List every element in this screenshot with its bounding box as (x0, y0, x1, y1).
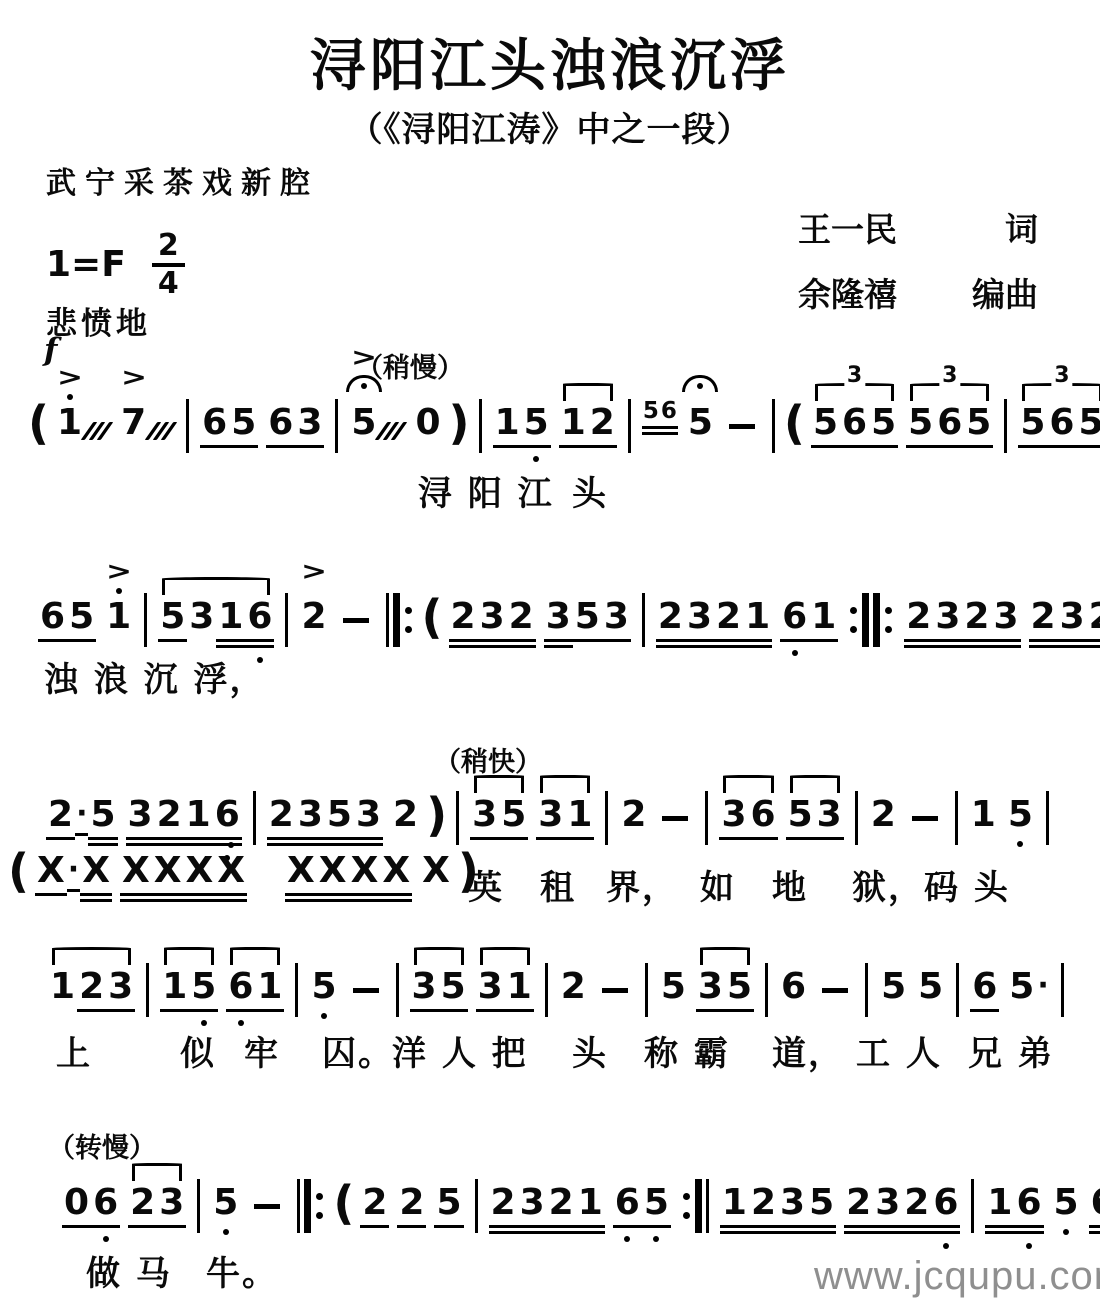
barline-stroke (628, 399, 631, 453)
note-group: 15 (493, 405, 551, 448)
note: 5 (1006, 797, 1035, 840)
note: 1 (505, 969, 534, 1012)
note: 5 (88, 797, 117, 840)
note: 3 (536, 797, 565, 840)
barline-stroke (545, 963, 548, 1017)
octave-dot-below (201, 1020, 207, 1026)
note: 5 (522, 405, 551, 448)
duration-dash (254, 1204, 280, 1209)
note: 3 (410, 969, 439, 1012)
note-group: 63 (266, 405, 324, 448)
note-group: 123 (48, 969, 135, 1012)
note: 3 (991, 599, 1020, 642)
slur-arc (790, 775, 840, 793)
lyric-text: 洋 人 把 (392, 1026, 528, 1075)
octave-dot-below (103, 1236, 109, 1242)
barline-stroke (1046, 791, 1049, 845)
note: 2 (128, 1185, 157, 1228)
slur-arc (162, 577, 270, 595)
barline-stroke (956, 963, 959, 1017)
lyric-text: 牛。 (206, 1246, 278, 1295)
octave-dot-below (624, 1236, 630, 1242)
note: 6 (779, 969, 808, 1012)
note: 5 (807, 1185, 836, 1228)
lyric-text: 牢 (244, 1026, 280, 1075)
barline (954, 963, 961, 1017)
note-group: 36 (719, 797, 777, 840)
lyricist-role: 词 (1005, 204, 1038, 251)
octave-dot-below (792, 650, 798, 656)
barline (969, 1179, 976, 1233)
note: 5 (1076, 405, 1100, 448)
octave-dot-above (116, 588, 122, 594)
lyric-text: 如 (700, 860, 736, 909)
note: 3 (696, 969, 725, 1012)
repeat-dots (885, 607, 892, 633)
note: 3 (602, 599, 631, 642)
note: 6 (200, 405, 229, 448)
accent-mark: > (57, 365, 83, 390)
note: 1 (743, 599, 772, 642)
note: 2 (449, 599, 478, 642)
note: 3 (873, 1185, 902, 1228)
slur-arc (700, 947, 750, 965)
note: 5 (158, 599, 187, 642)
barline-stroke (971, 1179, 974, 1233)
lyric-text: 狱， (852, 860, 924, 909)
note: 5 (1052, 1185, 1081, 1228)
note-group: 2 (360, 1185, 389, 1228)
note: 6 (749, 797, 778, 840)
barline-stroke (605, 791, 608, 845)
note-group: 2323 (904, 599, 1020, 642)
note: 3 (476, 969, 505, 1012)
music-system-4: 123156153531253565565· (44, 962, 1071, 1018)
note: 1 (493, 405, 522, 448)
note-group: 61 (780, 599, 838, 642)
tempo-annotation: f (44, 332, 57, 368)
duration-dash (912, 816, 938, 821)
barline-stroke (1004, 399, 1007, 453)
note-group: 1 (969, 797, 998, 840)
slur-arc (52, 947, 131, 965)
note: 5 (659, 969, 688, 1012)
note-group: 15 (160, 969, 218, 1012)
note: 3 (126, 797, 155, 840)
note: 3 (295, 405, 324, 448)
duration-dash (729, 424, 755, 429)
note: 2 (489, 1185, 518, 1228)
note: 1 (48, 969, 77, 1012)
barline (643, 963, 650, 1017)
note: X (152, 853, 184, 896)
duration-dash (353, 988, 379, 993)
barline (1059, 963, 1066, 1017)
page-title: 浔阳江头浊浪沉浮 (0, 22, 1100, 102)
duration-dash (822, 988, 848, 993)
note-group: 5 (1006, 797, 1035, 840)
note-group: X·X (35, 853, 112, 896)
lyric-text: 头 (572, 1026, 608, 1075)
note-group: 23 (128, 1185, 186, 1228)
note: X (420, 853, 452, 896)
note: 2 (588, 405, 617, 448)
note: 5 (499, 797, 528, 840)
note: 2 (547, 1185, 576, 1228)
lyric-text: 囚。 (322, 1026, 394, 1075)
note: 6 (931, 1185, 960, 1228)
note: 5 (879, 969, 908, 1012)
note-group: XXXX (120, 853, 247, 896)
note: 3 (778, 1185, 807, 1228)
note-group: 1235 (720, 1185, 836, 1228)
note: 3 (478, 599, 507, 642)
tempo-annotation: （转慢） (48, 1126, 156, 1165)
note: 6 (213, 797, 242, 840)
octave-dot-below (1063, 1229, 1069, 1235)
lyricist-credit: 王一民 词 (798, 204, 1038, 251)
note: 1> (55, 405, 84, 448)
note: 2 (902, 1185, 931, 1228)
barline (142, 593, 149, 647)
note: 5 (67, 599, 96, 642)
parenthesis: ( (333, 1176, 354, 1230)
barline-stroke (706, 1179, 709, 1233)
note-group: 65 (38, 599, 96, 642)
barline-stroke (955, 791, 958, 845)
note-group: 5 (916, 969, 945, 1012)
note-group: 2 (391, 797, 420, 840)
note-group: 7> (119, 405, 175, 448)
octave-dot-below (943, 1243, 949, 1249)
slur-arc (480, 947, 530, 965)
composer-role: 编曲 (972, 269, 1038, 316)
note: 3 (470, 797, 499, 840)
barline-stroke (695, 1179, 702, 1233)
octave-dot-below (653, 1236, 659, 1242)
note: 6 (935, 405, 964, 448)
barline (184, 399, 191, 453)
lyric-text: 码 头 (924, 860, 1010, 909)
repeat-dots (405, 607, 412, 633)
note: 2 (714, 599, 743, 642)
lyric-text: 租 (540, 860, 576, 909)
barline-stroke (645, 963, 648, 1017)
page-subtitle: （《浔阳江涛》中之一段） (0, 102, 1100, 151)
note-group: 35 (696, 969, 754, 1012)
barline-stroke (479, 399, 482, 453)
octave-dot-below (223, 1229, 229, 1235)
barline (770, 399, 777, 453)
fermata-mark (682, 375, 718, 392)
note: 5 (189, 969, 218, 1012)
slur-arc (540, 775, 590, 793)
note: 2 (77, 969, 106, 1012)
note: 5 (309, 969, 338, 1012)
note: 6 (245, 599, 274, 642)
barline (384, 593, 415, 647)
barline (144, 963, 151, 1017)
octave-dot-below (1026, 1243, 1032, 1249)
note: 2 (559, 969, 588, 1012)
time-signature-denominator: 4 (158, 267, 179, 300)
note: 3 (518, 1185, 547, 1228)
note: 6 (1014, 1185, 1043, 1228)
note: 6 (1089, 1185, 1100, 1228)
slur-arc (164, 947, 214, 965)
note-group: 5653 (811, 405, 898, 448)
barline-stroke (862, 593, 869, 647)
octave-dot-above (228, 842, 234, 848)
note-group: 1> (55, 405, 111, 448)
note-group: 5 (659, 969, 688, 1012)
note-group: 53 (786, 797, 844, 840)
barline (195, 1179, 202, 1233)
note: · (1036, 971, 1049, 1008)
octave-dot-below (533, 456, 539, 462)
note: 1 (809, 599, 838, 642)
note: 3 (296, 797, 325, 840)
note: 6 (840, 405, 869, 448)
note-group: 65 (200, 405, 258, 448)
note: 5 (869, 405, 898, 448)
barline-stroke (295, 963, 298, 1017)
note-group: 16 (985, 1185, 1043, 1228)
note: 1 (160, 969, 189, 1012)
note: 2 (619, 797, 648, 840)
note-group: 5> (349, 405, 405, 448)
barline (853, 791, 860, 845)
note: 3 (157, 1185, 186, 1228)
barline-stroke (393, 593, 400, 647)
note-group: 2·5 (46, 797, 118, 840)
octave-dot-below (321, 1013, 327, 1019)
barline (847, 593, 895, 647)
music-system-3: (X·XXXXXXXXXX) (6, 846, 481, 902)
note: X (380, 853, 412, 896)
note-group: 5 (879, 969, 908, 1012)
note: 1 (720, 1185, 749, 1228)
barline-stroke (865, 963, 868, 1017)
lyric-text: 上 (56, 1026, 92, 1075)
barline-stroke (855, 791, 858, 845)
note: 5 (642, 1185, 671, 1228)
barline-stroke (386, 593, 389, 647)
note: 6 (780, 599, 809, 642)
note-group: 06 (62, 1185, 120, 1228)
barline-stroke (186, 399, 189, 453)
note-group: 5 (309, 969, 338, 1012)
note: 1 (969, 797, 998, 840)
note-group: 2 (619, 797, 648, 840)
note-group: 12 (559, 405, 617, 448)
tempo-annotation: （稍慢） (356, 346, 464, 385)
accent-mark: > (106, 559, 132, 584)
note: 3 (187, 599, 216, 642)
lyricist-name: 王一民 (798, 204, 897, 251)
parenthesis: ( (28, 396, 49, 450)
lyric-text: 兄 弟 (968, 1026, 1054, 1075)
duration-dash (602, 988, 628, 993)
note: 5 (786, 797, 815, 840)
note: 3 (106, 969, 135, 1012)
note: 6 (613, 1185, 642, 1228)
note-group: 3216 (126, 797, 242, 840)
note: 3 (354, 797, 383, 840)
barline (1044, 791, 1051, 845)
parenthesis: ) (449, 396, 470, 450)
note-group: 2 (559, 969, 588, 1012)
note: 5 (811, 405, 840, 448)
note: 1 (985, 1185, 1014, 1228)
note: 6 (91, 1185, 120, 1228)
note-group: 31 (536, 797, 594, 840)
music-system-2: 651>53162>(23235323216123232323 (34, 592, 1100, 648)
note: 2 (749, 1185, 778, 1228)
note: 1> (104, 599, 133, 642)
note-group: 5653 (1018, 405, 1100, 448)
octave-dot-below (1017, 841, 1023, 847)
barline (543, 963, 550, 1017)
time-signature: 2 4 (152, 230, 185, 299)
note: · (75, 799, 88, 836)
barline-stroke (765, 963, 768, 1017)
barline-stroke (705, 791, 708, 845)
note-group: 2321 (489, 1185, 605, 1228)
note: 5 (211, 1185, 240, 1228)
octave-dot-below (238, 1020, 244, 1026)
expression-marking: 悲愤地 (46, 298, 151, 343)
note-group: 2326 (844, 1185, 960, 1228)
note: 5 (229, 405, 258, 448)
note-group: 6 (779, 969, 808, 1012)
barline (640, 593, 647, 647)
note: 5 (325, 797, 354, 840)
note-group: 35 (410, 969, 468, 1012)
tremolo-slashes (381, 422, 405, 440)
note: 1 (559, 405, 588, 448)
triplet-number: 3 (844, 363, 865, 388)
note-group: XXXX (285, 853, 412, 896)
note-group: 2 (397, 1185, 426, 1228)
note: 2 (397, 1185, 426, 1228)
note: 2 (267, 797, 296, 840)
note-group: 353 (544, 599, 631, 642)
barline-stroke (285, 593, 288, 647)
barline (293, 963, 300, 1017)
barline-stroke (297, 1179, 300, 1233)
barline (473, 1179, 480, 1233)
barline (394, 963, 401, 1017)
music-system-5: 06235(2252321651235232616561 (58, 1178, 1100, 1234)
note: 2 (1087, 599, 1100, 642)
barline (333, 399, 340, 453)
note-group: 2> (299, 599, 328, 642)
octave-dot-above (67, 394, 73, 400)
barline (251, 791, 258, 845)
note-group: 2321 (656, 599, 772, 642)
note: 6 (970, 969, 999, 1012)
note: 6 (1047, 405, 1076, 448)
barline (680, 1179, 711, 1233)
note-group: 0 (413, 405, 442, 448)
note-group: 1> (104, 599, 133, 642)
note: 2 (360, 1185, 389, 1228)
note: 3 (719, 797, 748, 840)
note: 2 (656, 599, 685, 642)
barline-stroke (1061, 963, 1064, 1017)
note: 2 (155, 797, 184, 840)
lyric-text: 称 霸 (644, 1026, 730, 1075)
accent-mark: > (121, 365, 147, 390)
lyric-text: 浊 浪 沉 浮， (44, 652, 266, 701)
slur-arc (230, 947, 280, 965)
note: 5 (906, 405, 935, 448)
key-signature-row: 1=F 2 4 (46, 230, 185, 299)
note-group: X (420, 853, 452, 896)
note-group: 5· (1007, 969, 1049, 1012)
note-group: 35 (470, 797, 528, 840)
lyric-text: 似 (180, 1026, 216, 1075)
note: 0 (413, 405, 442, 448)
composer-credit: 余隆禧 编曲 (798, 269, 1038, 316)
barline-stroke (335, 399, 338, 453)
lyric-text: 头 (572, 466, 608, 515)
lyric-text: 道， (772, 1026, 844, 1075)
duration-dash (662, 816, 688, 821)
note: 5 (573, 599, 602, 642)
note: 5 (916, 969, 945, 1012)
barline-stroke (456, 791, 459, 845)
triplet-number: 3 (1051, 363, 1072, 388)
note-group: 5653 (906, 405, 993, 448)
lyric-text: 界， (606, 860, 678, 909)
barline-stroke (197, 1179, 200, 1233)
lyric-text: 做 马 (86, 1246, 172, 1295)
note: 7> (119, 405, 148, 448)
note: X (349, 853, 381, 896)
repeat-dots (316, 1193, 323, 1219)
note: 0 (62, 1185, 91, 1228)
note-group: 5316 (158, 599, 274, 642)
lyric-text: 工 人 (856, 1026, 942, 1075)
note: 1 (216, 599, 245, 642)
barline (454, 791, 461, 845)
barline-stroke (304, 1179, 311, 1233)
slur-arc (414, 947, 464, 965)
note: X (120, 853, 152, 896)
note: 5 (439, 969, 468, 1012)
note: X (184, 853, 216, 896)
music-system-3: 2·5321623532)353123653215 (42, 790, 1056, 846)
tremolo-slashes (151, 422, 175, 440)
barline (763, 963, 770, 1017)
note: X (317, 853, 349, 896)
note: 1 (565, 797, 594, 840)
accent-mark: > (301, 559, 327, 584)
note: 3 (685, 599, 714, 642)
barline-stroke (873, 593, 880, 647)
note: 6 (38, 599, 67, 642)
slur-arc (723, 775, 773, 793)
barline (953, 791, 960, 845)
sheet-music-page: 浔阳江头浊浪沉浮 （《浔阳江涛》中之一段） 武宁采茶戏新腔 王一民 词 余隆禧 … (0, 0, 1100, 1306)
lyric-text: 英 (468, 860, 504, 909)
note: 6 (266, 405, 295, 448)
note: 1 (255, 969, 284, 1012)
barline (477, 399, 484, 453)
note-group: 61 (226, 969, 284, 1012)
